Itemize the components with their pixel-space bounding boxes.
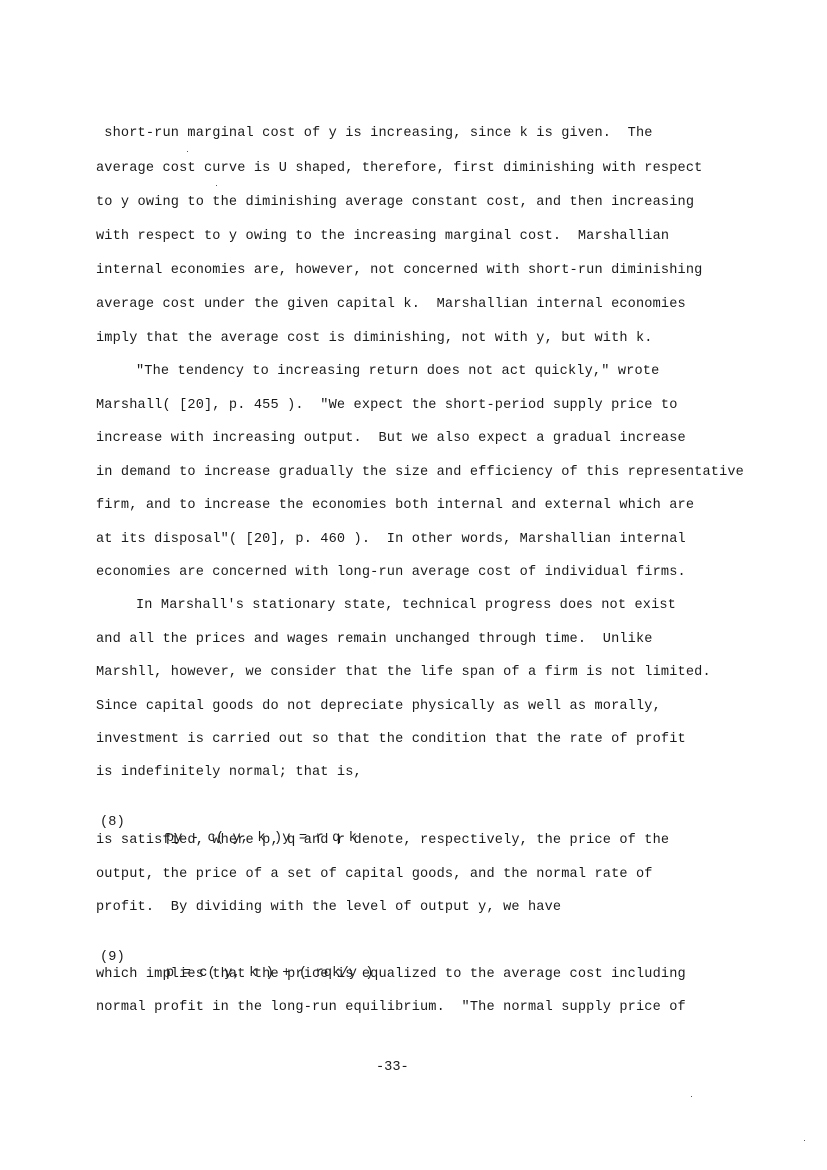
text-line: average cost under the given capital k. …	[96, 297, 686, 313]
page-number: -33-	[376, 1060, 409, 1075]
equation-number: (8)	[100, 815, 125, 831]
text-line: normal profit in the long-run equilibriu…	[96, 1000, 686, 1016]
equation-number: (9)	[100, 950, 125, 966]
text-line: to y owing to the diminishing average co…	[96, 195, 694, 211]
text-line: at its disposal"( [20], p. 460 ). In oth…	[96, 532, 686, 548]
text-line: Marshall( [20], p. 455 ). "We expect the…	[96, 398, 678, 414]
scan-speck	[804, 1140, 805, 1141]
text-line: average cost curve is U shaped, therefor…	[96, 161, 702, 177]
text-line: and all the prices and wages remain unch…	[96, 632, 653, 648]
text-line: internal economies are, however, not con…	[96, 263, 702, 279]
document-page: short-run marginal cost of y is increasi…	[0, 0, 827, 1170]
equation-9: (9) p = c( y, k ) + ( rqk/y )	[0, 934, 827, 998]
paragraph-start-line: In Marshall's stationary state, technica…	[136, 598, 676, 614]
text-line: economies are concerned with long-run av…	[96, 565, 686, 581]
text-line: profit. By dividing with the level of ou…	[96, 900, 561, 916]
scan-speck	[187, 151, 188, 152]
text-line: output, the price of a set of capital go…	[96, 867, 653, 883]
text-line: with respect to y owing to the increasin…	[96, 229, 669, 245]
text-line: Marshll, however, we consider that the l…	[96, 665, 711, 681]
scan-speck	[691, 1096, 692, 1097]
text-line: increase with increasing output. But we …	[96, 431, 686, 447]
text-line: is satisfied, where p, q and r denote, r…	[96, 833, 669, 849]
paragraph-start-line: "The tendency to increasing return does …	[136, 364, 659, 380]
text-line: in demand to increase gradually the size…	[96, 465, 744, 481]
text-line: investment is carried out so that the co…	[96, 732, 686, 748]
text-line: imply that the average cost is diminishi…	[96, 331, 653, 347]
text-line: which implies that the price is equalize…	[96, 967, 686, 983]
text-line: Since capital goods do not depreciate ph…	[96, 699, 661, 715]
text-line: firm, and to increase the economies both…	[96, 498, 694, 514]
equation-8: (8) py - c( y, k )y = r q k	[0, 799, 827, 863]
text-line: is indefinitely normal; that is,	[96, 765, 362, 781]
text-line: short-run marginal cost of y is increasi…	[96, 126, 653, 142]
scan-speck	[216, 185, 217, 186]
